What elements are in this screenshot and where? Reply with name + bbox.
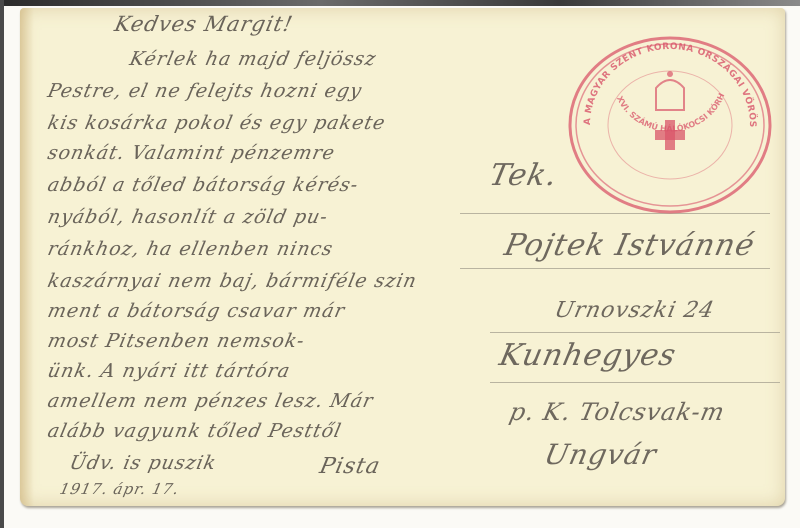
salutation: Kedves Margit! — [112, 12, 295, 36]
address-town: Kunhegyes — [496, 338, 679, 373]
message-line: alább vagyunk tőled Pesttől — [46, 420, 344, 442]
postcard: Kedves Margit! Kérlek ha majd feljössz P… — [20, 8, 785, 506]
address-city: Ungvár — [541, 438, 659, 471]
message-line: amellem nem pénzes lesz. Már — [46, 390, 376, 412]
scan-top-edge — [0, 0, 800, 6]
message-line: most Pitsenben nemsok- — [46, 330, 307, 352]
address-post: p. K. Tolcsvak-m — [507, 398, 728, 426]
message-line: nyából, hasonlít a zöld pu- — [46, 206, 330, 228]
address-honorific: Tek. — [486, 158, 561, 193]
message-line: ünk. A nyári itt tártóra — [46, 360, 293, 382]
date: 1917. ápr. 17. — [58, 480, 181, 498]
message-line: Kérlek ha majd feljössz — [128, 48, 379, 70]
message-line: ment a bátorság csavar már — [46, 300, 347, 322]
message-line: Pestre, el ne felejts hozni egy — [46, 80, 365, 102]
address-name: Pojtek Istvánné — [501, 228, 758, 263]
address-rule — [460, 268, 770, 269]
scan-left-edge — [0, 0, 4, 528]
address-street: Urnovszki 24 — [552, 298, 716, 323]
address-rule — [490, 332, 780, 333]
message-line: abból a tőled bátorság kérés- — [46, 174, 361, 196]
message-line: ránkhoz, ha ellenben nincs — [46, 238, 336, 260]
scan-bottom-margin — [0, 510, 800, 528]
red-cross-stamp: A MAGYAR SZENT KORONA ORSZÁGAI VÖRÖS KER… — [568, 36, 772, 214]
message-line: kis kosárka pokol és egy pakete — [46, 112, 388, 134]
message-line: sonkát. Valamint pénzemre — [46, 142, 338, 164]
address-rule — [490, 382, 780, 383]
message-line: kaszárnyai nem baj, bármiféle szin — [46, 270, 419, 292]
crown-icon — [656, 71, 684, 110]
signature: Pista — [317, 454, 382, 479]
closing: Üdv. is puszik — [68, 452, 219, 474]
